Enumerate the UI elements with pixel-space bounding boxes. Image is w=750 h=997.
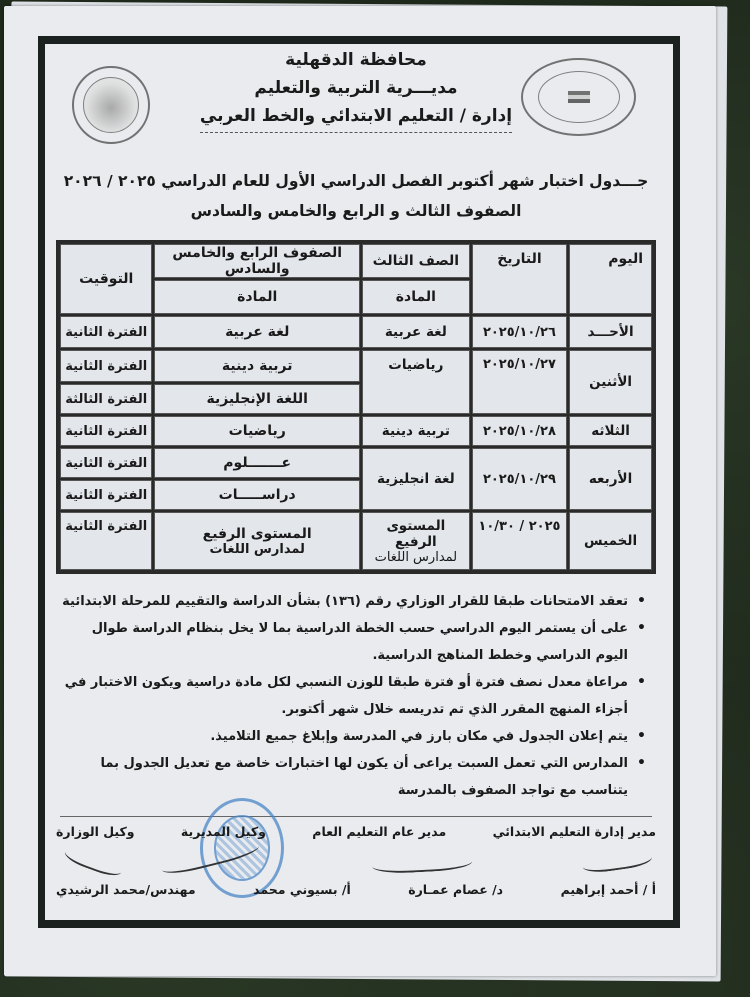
cell-timing: الفترة الثانية <box>60 480 152 510</box>
cell-date: ٢٠٢٥/١٠/٢٩ <box>472 448 567 510</box>
cell-date: ٢٠٢٥/١٠/٢٨ <box>472 416 567 446</box>
table-header-row: اليوم التاريخ الصف الثالث الصفوف الرابع … <box>60 244 652 278</box>
cell-day: الثلاثه <box>569 416 652 446</box>
cell-timing: الفترة الثالثة <box>60 384 152 414</box>
cell-day: الخميس <box>569 512 652 570</box>
cell-grades456: المستوى الرفيع لمدارس اللغات <box>154 512 359 570</box>
cell-timing: الفترة الثانية <box>60 448 152 478</box>
cell-grade3: رياضيات <box>362 350 470 414</box>
document-content: محافظة الدقهلية مديـــرية التربية والتعل… <box>50 46 662 916</box>
cell-grades456: دراســـــات <box>154 480 359 510</box>
department-name: إدارة / التعليم الابتدائي والخط العربي <box>200 102 512 133</box>
note-item: يتم إعلان الجدول في مكان بارز في المدرسة… <box>58 723 650 750</box>
note-item: على أن يستمر اليوم الدراسي حسب الخطة الد… <box>58 615 650 669</box>
signature-names: أ / أحمد إبراهيم د/ عصام عمـارة أ/ بسيون… <box>56 882 656 897</box>
cell-grades456: تربية دينية <box>154 350 359 382</box>
cell-grade3: لغة عربية <box>362 316 470 348</box>
document-paper: محافظة الدقهلية مديـــرية التربية والتعل… <box>4 6 716 976</box>
title-primary-manager: مدير إدارة التعليم الابتدائي <box>493 824 656 839</box>
cell-grades456-line2: لمدارس اللغات <box>159 542 354 557</box>
cell-day: الأثنين <box>569 350 652 414</box>
signature-scribble <box>581 845 653 875</box>
cell-date: ٢٠٢٥/١٠/٢٦ <box>472 316 567 348</box>
header-grades456: الصفوف الرابع والخامس والسادس <box>154 244 359 278</box>
ministry-logo-icon <box>521 58 636 136</box>
title-ministry-deputy: وكيل الوزارة <box>56 824 135 839</box>
table-row: الأثنين ٢٠٢٥/١٠/٢٧ رياضيات تربية دينية ا… <box>60 350 652 382</box>
signature-scribble <box>62 840 125 879</box>
flag-icon <box>568 91 590 103</box>
cell-grade3: تربية دينية <box>362 416 470 446</box>
cell-day: الأحـــد <box>569 316 652 348</box>
table-row: الأربعه ٢٠٢٥/١٠/٢٩ لغة انجليزية عـــــــ… <box>60 448 652 478</box>
note-item: مراعاة معدل نصف فترة أو فترة طبقا للوزن … <box>58 669 650 723</box>
header-grade3: الصف الثالث <box>362 244 470 278</box>
exam-schedule-table: اليوم التاريخ الصف الثالث الصفوف الرابع … <box>56 240 656 574</box>
table-row: الخميس ٢٠٢٥ / ١٠/٣٠ المستوى الرفيع لمدار… <box>60 512 652 570</box>
header-day: اليوم <box>569 244 652 314</box>
cell-grade3: المستوى الرفيع لمدارس اللغات <box>362 512 470 570</box>
cell-grades456-line1: المستوى الرفيع <box>159 526 354 542</box>
cell-timing: الفترة الثانية <box>60 512 152 570</box>
cell-date: ٢٠٢٥/١٠/٢٧ <box>472 350 567 414</box>
name-general-manager: د/ عصام عمـارة <box>408 882 503 897</box>
header-date: التاريخ <box>472 244 567 314</box>
cell-grades456: لغة عربية <box>154 316 359 348</box>
cell-timing: الفترة الثانية <box>60 316 152 348</box>
notes-list: تعقد الامتحانات طبقا للقرار الوزاري رقم … <box>58 588 650 804</box>
name-directorate-deputy: أ/ بسيوني محمد <box>253 882 351 897</box>
table-row: الثلاثه ٢٠٢٥/١٠/٢٨ تربية دينية رياضيات ا… <box>60 416 652 446</box>
cell-grade3: لغة انجليزية <box>362 448 470 510</box>
header-grades456-subject: المادة <box>154 280 359 314</box>
cell-timing: الفترة الثانية <box>60 416 152 446</box>
directorate-logo-icon <box>72 66 150 144</box>
note-item: تعقد الامتحانات طبقا للقرار الوزاري رقم … <box>58 588 650 615</box>
table-row: الأحـــد ٢٠٢٥/١٠/٢٦ لغة عربية لغة عربية … <box>60 316 652 348</box>
header-grade3-subject: المادة <box>362 280 470 314</box>
document-title-block: جـــدول اختبار شهر أكتوبر الفصل الدراسي … <box>50 166 662 226</box>
name-ministry-deputy: مهندس/محمد الرشيدي <box>56 882 196 897</box>
cell-day: الأربعه <box>569 448 652 510</box>
name-primary-manager: أ / أحمد إبراهيم <box>561 882 656 897</box>
signature-divider <box>60 816 652 817</box>
title-general-manager: مدير عام التعليم العام <box>312 824 446 839</box>
header-timing: التوقيت <box>60 244 152 314</box>
note-item: المدارس التي تعمل السبت يراعى أن يكون له… <box>58 750 650 804</box>
document-subtitle: الصفوف الثالث و الرابع والخامس والسادس <box>50 196 662 226</box>
cell-grades456: رياضيات <box>154 416 359 446</box>
signature-titles: مدير إدارة التعليم الابتدائي مدير عام ال… <box>56 824 656 839</box>
document-title: جـــدول اختبار شهر أكتوبر الفصل الدراسي … <box>50 166 662 196</box>
title-directorate-deputy: وكيل المديرية <box>181 824 266 839</box>
cell-grades456: عـــــــلوم <box>154 448 359 478</box>
cell-grades456: اللغة الإنجليزية <box>154 384 359 414</box>
cell-grade3-line1: المستوى الرفيع <box>367 518 465 550</box>
cell-date: ٢٠٢٥ / ١٠/٣٠ <box>472 512 567 570</box>
cell-grade3-line2: لمدارس اللغات <box>367 550 465 565</box>
signature-scribble <box>372 849 473 874</box>
cell-timing: الفترة الثانية <box>60 350 152 382</box>
